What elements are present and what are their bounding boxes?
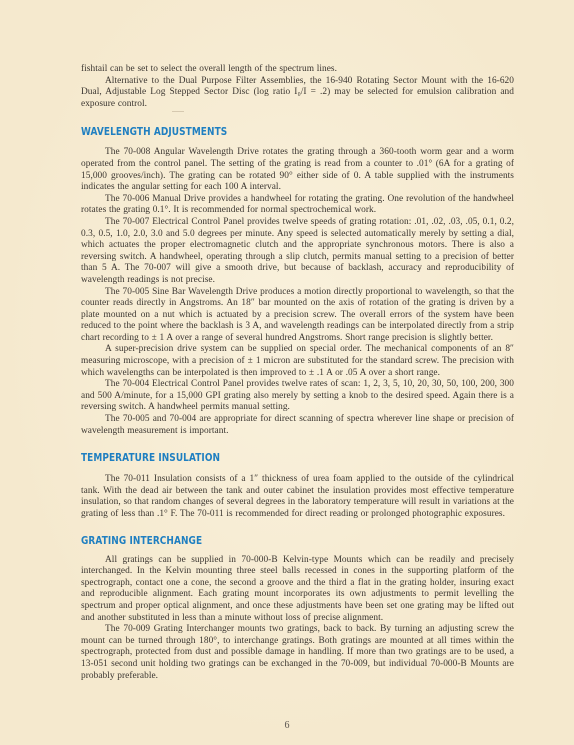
paragraph-grating-interchanger: The 70-009 Grating Interchanger mounts t…	[81, 624, 514, 682]
paragraph-kelvin-mounts: All gratings can be supplied in 70-000-B…	[81, 555, 514, 625]
document-page: fishtail can be set to select the overal…	[0, 0, 574, 745]
paragraph-insulation: The 70-011 Insulation consists of a 1″ t…	[81, 474, 514, 520]
paragraph-manual-drive: The 70-006 Manual Drive provides a handw…	[81, 194, 514, 217]
section-heading-temperature-insulation: TEMPERATURE INSULATION	[81, 452, 453, 464]
section-grating-interchange: All gratings can be supplied in 70-000-B…	[81, 555, 514, 683]
page-body: fishtail can be set to select the overal…	[81, 64, 514, 682]
section-temperature-insulation: The 70-011 Insulation consists of a 1″ t…	[81, 474, 514, 520]
paragraph-electrical-control-panel-007: The 70-007 Electrical Control Panel prov…	[81, 217, 514, 287]
page-number: 6	[0, 720, 574, 731]
paragraph-angular-drive: The 70-008 Angular Wavelength Drive rota…	[81, 147, 514, 193]
section-wavelength-adjustments: The 70-008 Angular Wavelength Drive rota…	[81, 147, 514, 437]
paragraph-super-precision-drive: A super-precision drive system can be su…	[81, 344, 514, 379]
intro-paragraph-sector-mount: Alternative to the Dual Purpose Filter A…	[81, 76, 514, 111]
intro-paragraph-continuation: fishtail can be set to select the overal…	[81, 64, 514, 76]
paragraph-electrical-control-panel-004: The 70-004 Electrical Control Panel prov…	[81, 379, 514, 414]
paragraph-sine-bar-drive: The 70-005 Sine Bar Wavelength Drive pro…	[81, 287, 514, 345]
paragraph-direct-scanning: The 70-005 and 70-004 are appropriate fo…	[81, 414, 514, 437]
section-heading-grating-interchange: GRATING INTERCHANGE	[81, 535, 453, 547]
section-heading-wavelength-adjustments: WAVELENGTH ADJUSTMENTS	[81, 126, 453, 138]
